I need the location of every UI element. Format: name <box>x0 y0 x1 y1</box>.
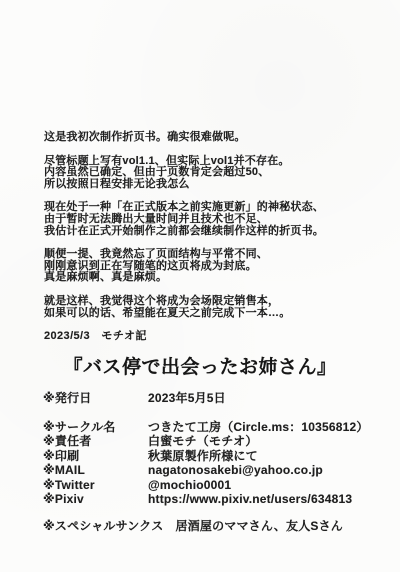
essay-line: 顺便一提、我竟然忘了页面结构与平常不同、 <box>44 249 374 261</box>
colophon-row-responsible-person: ※責任者 白蜜モチ（モチオ） <box>43 434 390 449</box>
colophon-value: つきたて工房（Circle.ms：10356812） <box>148 420 390 435</box>
colophon-value-pixiv-url: https://www.pixiv.net/users/634813 <box>148 492 390 507</box>
essay-paragraph: 尽管标题上写有vol1.1、但实际上vol1并不存在。 内容虽然已确定、但由于页… <box>44 156 374 191</box>
essay-paragraph: 现在处于一种「在正式版本之前实施更新」的神秘状态、 由于暂时无法腾出大量时间并且… <box>44 202 374 237</box>
essay-line: 由于暂时无法腾出大量时间并且技术也不足、 <box>44 214 374 226</box>
essay-paragraph: 这是我初次制作折页书。确实很难做呢。 <box>44 132 374 144</box>
colophon-table: ※発行日 2023年5月5日 ※サークル名 つきたて工房（Circle.ms：1… <box>43 391 390 533</box>
special-thanks-row: ※スペシャルサンクス居酒屋のママさん、友人Sさん <box>43 519 390 534</box>
colophon-value-email: nagatonosakebi@yahoo.co.jp <box>148 463 390 478</box>
essay-line: 如果可以的话、希望能在夏天之前完成下一本…。 <box>44 308 374 320</box>
colophon-label: ※責任者 <box>43 434 148 449</box>
colophon-value: 白蜜モチ（モチオ） <box>148 434 390 449</box>
colophon-row-circle-name: ※サークル名 つきたて工房（Circle.ms：10356812） <box>43 420 390 435</box>
special-thanks-label: ※スペシャルサンクス <box>43 519 163 533</box>
afterword-page: { "page": { "background": "#fcfcfb", "in… <box>0 0 400 572</box>
colophon-value: 2023年5月5日 <box>148 391 390 406</box>
colophon-label: ※MAIL <box>43 463 148 478</box>
colophon-row-pixiv: ※Pixiv https://www.pixiv.net/users/63481… <box>43 492 390 507</box>
special-thanks-value: 居酒屋のママさん、友人Sさん <box>175 519 343 533</box>
essay-signoff-date: 2023/5/3 モチオ記 <box>44 331 374 343</box>
essay-line: 所以按照日程安排无论我怎么 <box>44 179 374 191</box>
essay-line: 这是我初次制作折页书。确实很难做呢。 <box>44 132 374 144</box>
colophon-value-twitter-handle: @mochio0001 <box>148 478 390 493</box>
colophon-label: ※Twitter <box>43 478 148 493</box>
colophon-row-printer: ※印刷 秋葉原製作所様にて <box>43 449 390 464</box>
colophon-row-mail: ※MAIL nagatonosakebi@yahoo.co.jp <box>43 463 390 478</box>
essay-line: 真是麻烦啊、真是麻烦。 <box>44 272 374 284</box>
colophon-value: 秋葉原製作所様にて <box>148 449 390 464</box>
colophon-label: ※印刷 <box>43 449 148 464</box>
colophon-row-publish-date: ※発行日 2023年5月5日 <box>43 391 390 406</box>
book-title: 『バス停で出会ったお姉さん』 <box>0 355 400 381</box>
essay-line: 我估计在正式开始制作之前都会继续制作这样的折页书。 <box>44 226 374 238</box>
essay-line: 就是这样、我觉得这个将成为会场限定销售本， <box>44 296 374 308</box>
colophon-row-twitter: ※Twitter @mochio0001 <box>43 478 390 493</box>
colophon-label: ※サークル名 <box>43 420 148 435</box>
essay-paragraph: 就是这样、我觉得这个将成为会场限定销售本， 如果可以的话、希望能在夏天之前完成下… <box>44 296 374 319</box>
afterword-essay: 这是我初次制作折页书。确实很难做呢。 尽管标题上写有vol1.1、但实际上vol… <box>44 132 374 355</box>
colophon-label: ※発行日 <box>43 391 148 406</box>
essay-paragraph: 顺便一提、我竟然忘了页面结构与平常不同、 刚刚意识到正在写随笔的这页将成为封底。… <box>44 249 374 284</box>
colophon-label: ※Pixiv <box>43 492 148 507</box>
